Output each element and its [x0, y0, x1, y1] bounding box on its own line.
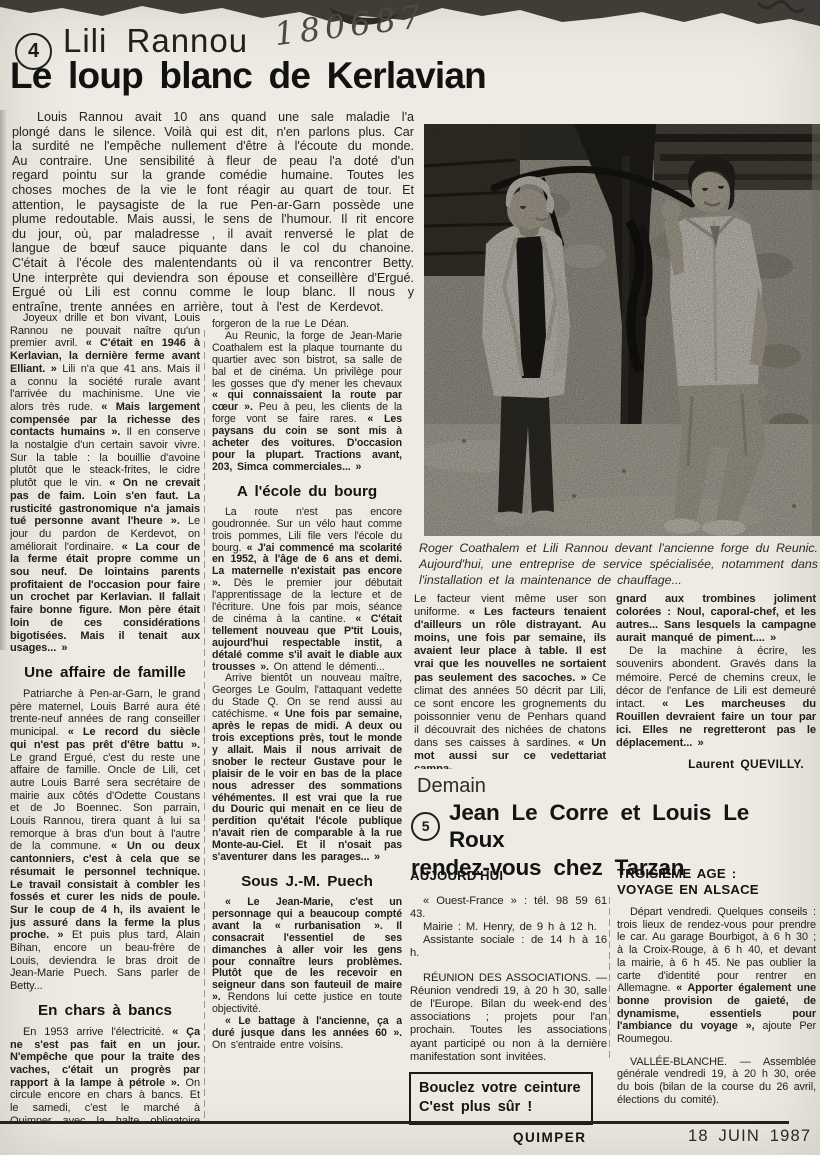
paragraph: « Ouest-France » : tél. 98 59 61 43.: [410, 895, 607, 921]
column-divider-rule: [204, 330, 205, 1118]
tomorrow-label: Demain: [417, 775, 486, 798]
article-column-2: forgeron de la rue Le Déan.Au Reunic, la…: [212, 319, 402, 1122]
paragraph: gnard aux trombines joliment colorées : …: [616, 593, 816, 645]
paragraph: RÉUNION DES ASSOCIATIONS. — Réunion vend…: [410, 972, 607, 1060]
tomorrow-title-line1: 5 Jean Le Corre et Louis Le Roux: [411, 800, 815, 853]
footer-section-name: QUIMPER: [513, 1130, 587, 1145]
paragraph: VALLÉE-BLANCHE. — Assemblée générale ven…: [617, 1056, 816, 1107]
photo-caption: Roger Coathalem et Lili Rannou devant l'…: [419, 541, 818, 588]
section-heading: En chars à bancs: [10, 1002, 200, 1019]
next-article-number-badge: 5: [411, 812, 440, 841]
spacer: [617, 1046, 816, 1056]
paragraph: « Le Jean-Marie, c'est un personnage qui…: [212, 897, 402, 1016]
article-headline: Le loup blanc de Kerlavian: [10, 55, 486, 97]
paragraph: Assistante sociale : de 14 h à 16 h.: [410, 934, 607, 960]
paragraph: La route n'est pas encore goudronnée. Su…: [212, 507, 402, 674]
section-heading: A l'école du bourg: [212, 483, 402, 500]
third-age-header-line1: TROISIÈME AGE :: [617, 866, 816, 882]
footer-date: 18 JUIN 1987: [688, 1127, 811, 1146]
author-byline: Laurent QUEVILLY.: [616, 757, 804, 771]
paragraph: De la machine à écrire, les souvenirs ab…: [616, 645, 816, 750]
paragraph: Mairie : M. Henry, de 9 h à 12 h.: [410, 921, 607, 934]
paragraph: « Le battage à l'ancienne, ça a duré jus…: [212, 1016, 402, 1052]
photo-illustration: [424, 124, 820, 536]
scan-smudge: [0, 110, 7, 650]
paragraph: Arrive bientôt un nouveau maître, George…: [212, 673, 402, 864]
newspaper-page: 4 Lili Rannou 180687 Le loup blanc de Ke…: [0, 0, 820, 1155]
section-heading: Sous J.-M. Puech: [212, 873, 402, 890]
seatbelt-line1: Bouclez votre ceinture: [419, 1079, 583, 1098]
article-column-1: Joyeux drille et bon vivant, Louis Ranno…: [10, 312, 200, 1122]
paragraph: Joyeux drille et bon vivant, Louis Ranno…: [10, 312, 200, 655]
notices-divider-rule: [609, 897, 610, 1062]
paragraph: Patriarche à Pen-ar-Garn, le grand père …: [10, 688, 200, 993]
article-column-4: gnard aux trombines joliment colorées : …: [616, 593, 816, 757]
seatbelt-notice-box: Bouclez votre ceinture C'est plus sûr !: [409, 1072, 593, 1125]
next-article-number: 5: [422, 813, 430, 840]
paragraph: Départ vendredi. Quelques conseils : tro…: [617, 906, 816, 1046]
article-photo: [424, 124, 820, 536]
paragraph: En 1953 arrive l'électricité. « Ça ne s'…: [10, 1026, 200, 1122]
third-age-body: Départ vendredi. Quelques conseils : tro…: [617, 906, 816, 1107]
spacer: [410, 961, 607, 972]
today-body: « Ouest-France » : tél. 98 59 61 43.Mair…: [410, 895, 607, 1061]
paragraph: Au Reunic, la forge de Jean-Marie Coatha…: [212, 331, 402, 474]
tomorrow-title-text: Jean Le Corre et Louis Le Roux: [449, 800, 815, 853]
paragraph: Le facteur vient même user son uniforme.…: [414, 593, 606, 769]
article-column-3: Le facteur vient même user son uniforme.…: [414, 593, 606, 769]
seatbelt-line2: C'est plus sûr !: [419, 1098, 583, 1117]
today-header: AUJOURD'HUI: [410, 868, 607, 884]
lead-paragraph: Louis Rannou avait 10 ans quand une sale…: [12, 110, 414, 314]
handwritten-date-note: 180687: [272, 0, 428, 53]
third-age-section: TROISIÈME AGE : VOYAGE EN ALSACE Départ …: [617, 866, 816, 1122]
section-heading: Une affaire de famille: [10, 664, 200, 681]
today-section: AUJOURD'HUI « Ouest-France » : tél. 98 5…: [410, 868, 607, 1060]
third-age-header-line2: VOYAGE EN ALSACE: [617, 882, 816, 898]
footer-rule: [0, 1121, 789, 1124]
